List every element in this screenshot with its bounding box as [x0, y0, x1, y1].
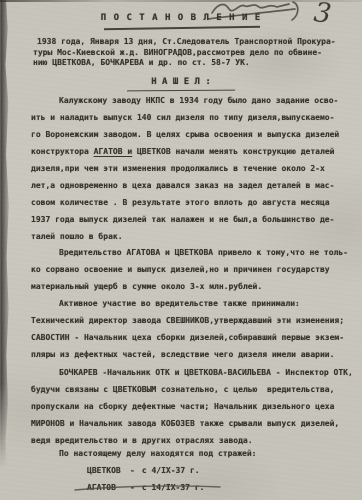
scanned-document-page: 3 П О С Т А Н О В Л Е Н И Е 1938 года, Я…: [0, 0, 362, 500]
text-line: 1937 года выпуск дизелей так налажен и н…: [31, 211, 355, 228]
text-line: Вредительство АГАТОВА и ЦВЕТКОВА привело…: [31, 244, 355, 261]
paragraph-3: Активное участие во вредительстве также …: [31, 295, 355, 363]
text-line: туры Мос-Киевской ж.д. ВИНОГРАДОВ,рассмо…: [33, 48, 355, 59]
text-line: Технический директор завода СВЕШНИКОВ,ут…: [31, 312, 355, 329]
text-line: го Воронежским заводом. В целях срыва ос…: [31, 126, 355, 143]
pencil-underline: [72, 483, 224, 493]
detainee-name: ЦВЕТКОВ: [87, 462, 127, 479]
text-line: нию ЦВЕТКОВА, БОЧКАРЕВА и др. по ст. 58-…: [33, 58, 355, 69]
text-line: МИРОНОВ и Начальник завода КОБОЗЕВ также…: [31, 415, 355, 432]
scan-edge-shadow: [0, 0, 11, 468]
text-segment: конструктора: [31, 147, 94, 156]
preamble: 1938 года, Января 13 дня, Ст.Следователь…: [33, 37, 355, 69]
document-title: П О С Т А Н О В Л Е Н И Е: [0, 13, 362, 23]
text-segment: ЦВЕТКОВ начали менять конструкцию детале…: [132, 147, 334, 156]
text-line: Калужскому заводу НКПС в 1934 году было …: [31, 92, 355, 109]
text-line: дизеля,при чем эти изменения продолжалис…: [31, 160, 355, 177]
text-line: талей пошло в брак.: [31, 228, 355, 245]
underlined-names: АГАТОВ и: [94, 147, 133, 156]
paragraph-4: БОЧКАРЕВ -Начальник ОТК и ЦВЕТКОВА-ВАСИЛ…: [31, 364, 355, 449]
text-line: конструктора АГАТОВ и ЦВЕТКОВ начали мен…: [31, 143, 355, 160]
paragraph-2: Вредительство АГАТОВА и ЦВЕТКОВА привело…: [31, 244, 355, 295]
text-line: совом количестве . В результате этого вп…: [31, 194, 355, 211]
found-heading: Н А Ш Е Л :: [0, 77, 362, 87]
text-line: БОЧКАРЕВ -Начальник ОТК и ЦВЕТКОВА-ВАСИЛ…: [31, 364, 355, 381]
text-line: лет,а одновременно в цеха давался заказ …: [31, 177, 355, 194]
dash: -: [127, 466, 142, 475]
custody-date: с 4/IX-37 г.: [142, 466, 200, 475]
text-line: САВОСТИН - Начальник цеха сборки дизелей…: [31, 329, 355, 346]
text-line: 1938 года, Января 13 дня, Ст.Следователь…: [33, 37, 355, 48]
custody-intro: По настоящему делу находятся под стражей…: [31, 445, 355, 462]
text-line: ко сорвано освоение и выпуск дизелей,но …: [31, 261, 355, 278]
text-line: материальный ущерб в сумме около 3-х млн…: [31, 278, 355, 295]
text-line: пляры из дефектных частей, вследствие че…: [31, 346, 355, 363]
text-line: Активное участие во вредительстве также …: [31, 295, 355, 312]
text-line: будучи связаны с ЦВЕТКОВЫМ сознательно, …: [31, 381, 355, 398]
custody-row: ЦВЕТКОВ-с 4/IX-37 г.: [31, 462, 355, 479]
text-line: пропускали на сборку дефектные части; На…: [31, 398, 355, 415]
text-line: ить и наладить выпуск 140 сил дизеля по …: [31, 109, 355, 126]
paragraph-1: Калужскому заводу НКПС в 1934 году было …: [31, 92, 355, 245]
